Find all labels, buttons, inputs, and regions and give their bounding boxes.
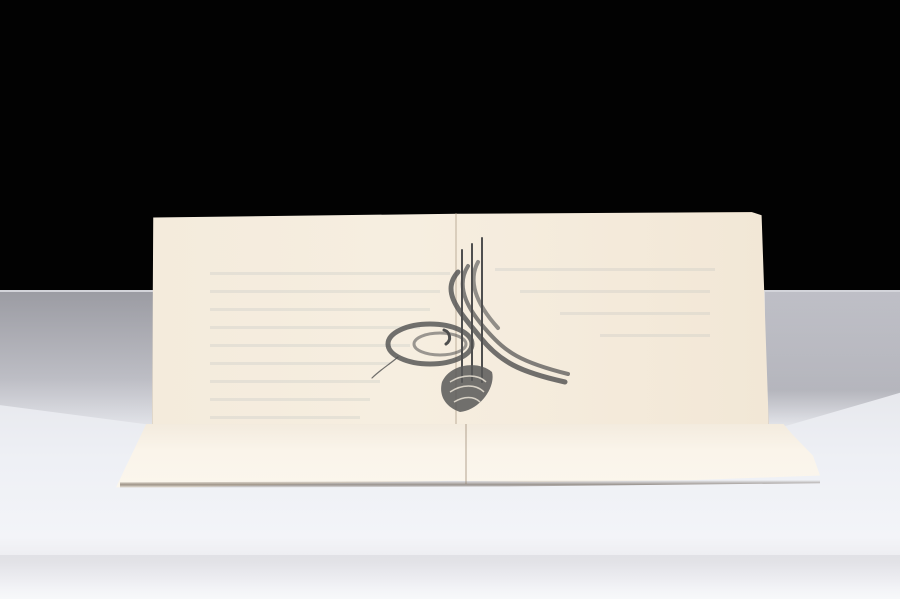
- photo-scene: [0, 0, 900, 599]
- tughra-calligraphy: [370, 232, 580, 417]
- lower-crease: [465, 424, 467, 484]
- surface-edge-band: [0, 555, 900, 599]
